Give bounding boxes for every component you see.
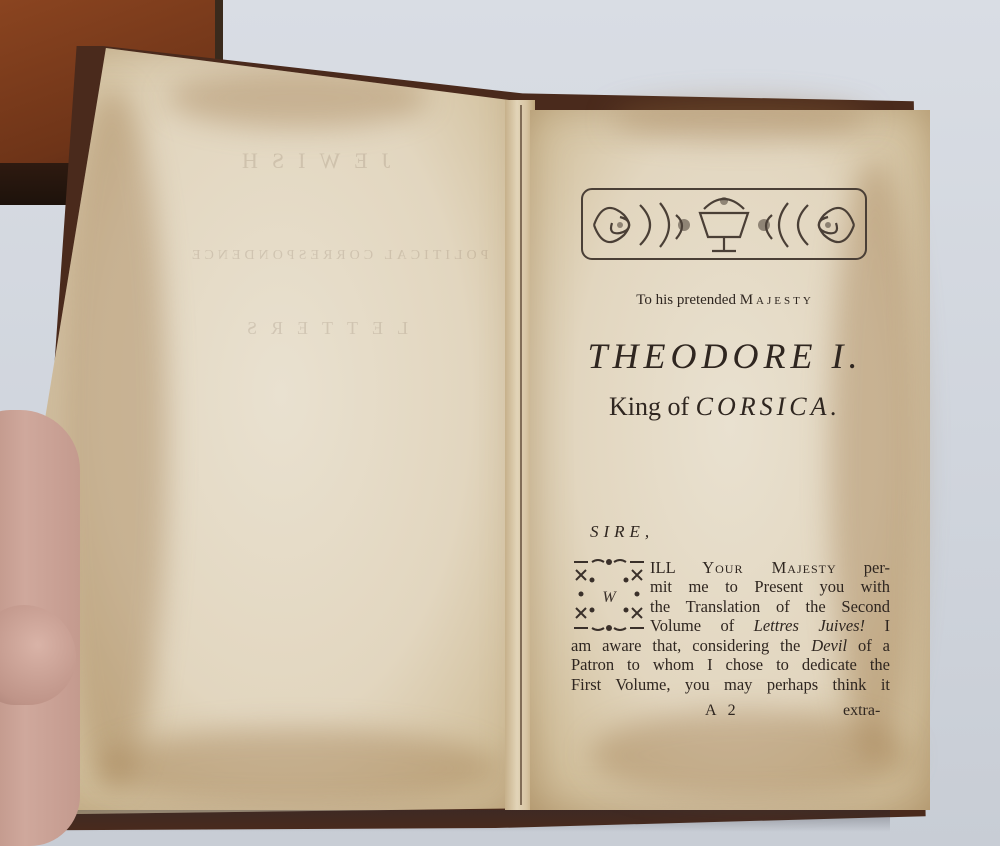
book-shadow	[30, 810, 890, 832]
dedication-prefix: To his pretended	[636, 292, 740, 308]
salutation: SIRE,	[590, 522, 654, 542]
dedicatee-name: THEODORE I.	[560, 335, 890, 377]
stain	[98, 728, 498, 808]
signature-mark: A 2	[705, 702, 740, 720]
catchword: extra-	[843, 702, 880, 720]
text-line: ILL Your Majesty per-	[650, 558, 890, 577]
king-country: CORSICA.	[696, 392, 841, 421]
svg-text:W: W	[602, 589, 617, 606]
king-prefix: King of	[609, 392, 696, 421]
text-line: the Translation of the Second	[650, 597, 890, 616]
text-line: Patron to whom I chose to dedicate the	[571, 655, 890, 674]
showthrough-text: POLITICAL CORRESPONDENCE	[188, 248, 488, 264]
gutter-line	[520, 105, 522, 805]
stain	[610, 100, 870, 140]
left-page: JEWISH LETTERS POLITICAL CORRESPONDENCE	[38, 48, 523, 816]
dedication-title: Majesty	[740, 292, 814, 308]
dedication-line: To his pretended Majesty	[560, 292, 890, 309]
decorated-drop-cap-icon: W	[570, 556, 648, 634]
text-line: Volume of Lettres Juives! I	[650, 616, 890, 635]
ornamental-headpiece-icon	[580, 185, 868, 263]
stain	[168, 68, 428, 128]
text-line: am aware that, considering the Devil of …	[571, 636, 890, 655]
text-line: mit me to Present you with	[650, 577, 890, 596]
king-line: King of CORSICA.	[560, 392, 890, 422]
stain	[590, 710, 910, 800]
showthrough-text: LETTERS	[233, 318, 408, 339]
body-text: am aware that, considering the Devil of …	[571, 636, 890, 694]
text-beside-dropcap: ILL Your Majesty per- mit me to Present …	[650, 558, 890, 636]
text-line: First Volume, you may perhaps think it	[571, 675, 890, 694]
showthrough-text: JEWISH	[228, 148, 390, 174]
